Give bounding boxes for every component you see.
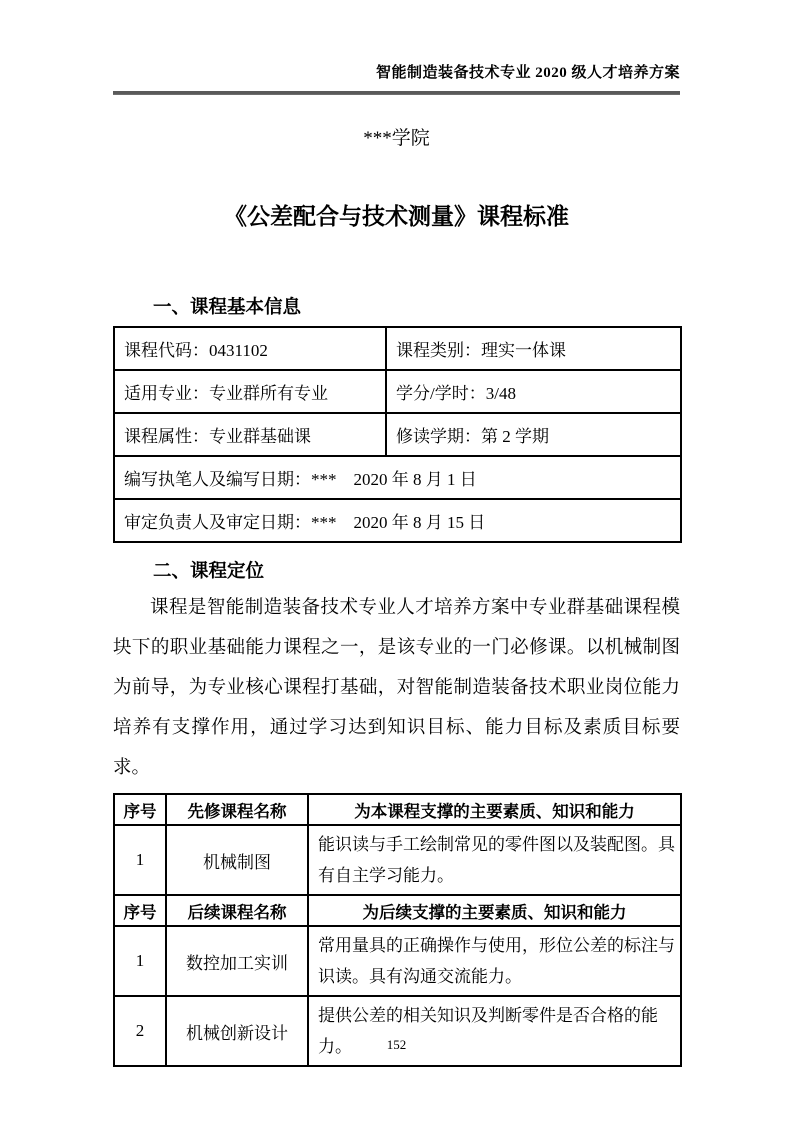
- cell-author-date: 编写执笔人及编写日期：*** 2020 年 8 月 1 日: [114, 456, 681, 499]
- table-row: 编写执笔人及编写日期：*** 2020 年 8 月 1 日: [114, 456, 681, 499]
- related-courses-table: 序号 先修课程名称 为本课程支撑的主要素质、知识和能力 1 机械制图 能识读与手…: [113, 793, 682, 1067]
- cell-course-category: 课程类别：理实一体课: [386, 327, 681, 370]
- cell-row-number: 1: [114, 926, 166, 996]
- table-row: 1 机械制图 能识读与手工绘制常见的零件图以及装配图。具有自主学习能力。: [114, 825, 681, 895]
- course-info-table: 课程代码：0431102 课程类别：理实一体课 适用专业：专业群所有专业 学分/…: [113, 326, 682, 543]
- table-row: 审定负责人及审定日期：*** 2020 年 8 月 15 日: [114, 499, 681, 542]
- table-header-row: 序号 后续课程名称 为后续支撑的主要素质、知识和能力: [114, 895, 681, 926]
- cell-course-name: 机械创新设计: [166, 996, 308, 1066]
- header-cell-subsequent-desc: 为后续支撑的主要素质、知识和能力: [308, 895, 681, 926]
- cell-reviewer-date: 审定负责人及审定日期：*** 2020 年 8 月 15 日: [114, 499, 681, 542]
- table-header-row: 序号 先修课程名称 为本课程支撑的主要素质、知识和能力: [114, 794, 681, 825]
- cell-course-desc: 常用量具的正确操作与使用，形位公差的标注与识读。具有沟通交流能力。: [308, 926, 681, 996]
- page-number: 152: [0, 1037, 793, 1053]
- cell-course-name: 数控加工实训: [166, 926, 308, 996]
- header-cell-prerequisite-desc: 为本课程支撑的主要素质、知识和能力: [308, 794, 681, 825]
- cell-course-code: 课程代码：0431102: [114, 327, 386, 370]
- cell-study-semester: 修读学期：第 2 学期: [386, 413, 681, 456]
- cell-course-desc: 能识读与手工绘制常见的零件图以及装配图。具有自主学习能力。: [308, 825, 681, 895]
- header-cell-prerequisite-name: 先修课程名称: [166, 794, 308, 825]
- table-row: 适用专业：专业群所有专业 学分/学时：3/48: [114, 370, 681, 413]
- cell-credits-hours: 学分/学时：3/48: [386, 370, 681, 413]
- document-page: 智能制造装备技术专业 2020 级人才培养方案 ***学院 《公差配合与技术测量…: [0, 0, 793, 1122]
- running-header: 智能制造装备技术专业 2020 级人才培养方案: [113, 0, 680, 84]
- cell-row-number: 1: [114, 825, 166, 895]
- page-content: 智能制造装备技术专业 2020 级人才培养方案 ***学院 《公差配合与技术测量…: [113, 0, 680, 1067]
- header-cell-subsequent-name: 后续课程名称: [166, 895, 308, 926]
- header-cell-no: 序号: [114, 794, 166, 825]
- table-row: 课程代码：0431102 课程类别：理实一体课: [114, 327, 681, 370]
- cell-course-name: 机械制图: [166, 825, 308, 895]
- course-position-paragraph: 课程是智能制造装备技术专业人才培养方案中专业群基础课程模块下的职业基础能力课程之…: [113, 588, 680, 788]
- cell-course-desc: 提供公差的相关知识及判断零件是否合格的能力。: [308, 996, 681, 1066]
- section-heading-course-position: 二、课程定位: [153, 559, 680, 583]
- document-title: 《公差配合与技术测量》课程标准: [113, 201, 680, 231]
- cell-row-number: 2: [114, 996, 166, 1066]
- institution-title: ***学院: [113, 127, 680, 151]
- cell-course-attribute: 课程属性：专业群基础课: [114, 413, 386, 456]
- cell-applicable-major: 适用专业：专业群所有专业: [114, 370, 386, 413]
- table-row: 2 机械创新设计 提供公差的相关知识及判断零件是否合格的能力。: [114, 996, 681, 1066]
- header-rule-divider: [113, 91, 680, 95]
- table-row: 1 数控加工实训 常用量具的正确操作与使用，形位公差的标注与识读。具有沟通交流能…: [114, 926, 681, 996]
- table-row: 课程属性：专业群基础课 修读学期：第 2 学期: [114, 413, 681, 456]
- section-heading-basic-info: 一、课程基本信息: [153, 295, 680, 319]
- header-cell-no: 序号: [114, 895, 166, 926]
